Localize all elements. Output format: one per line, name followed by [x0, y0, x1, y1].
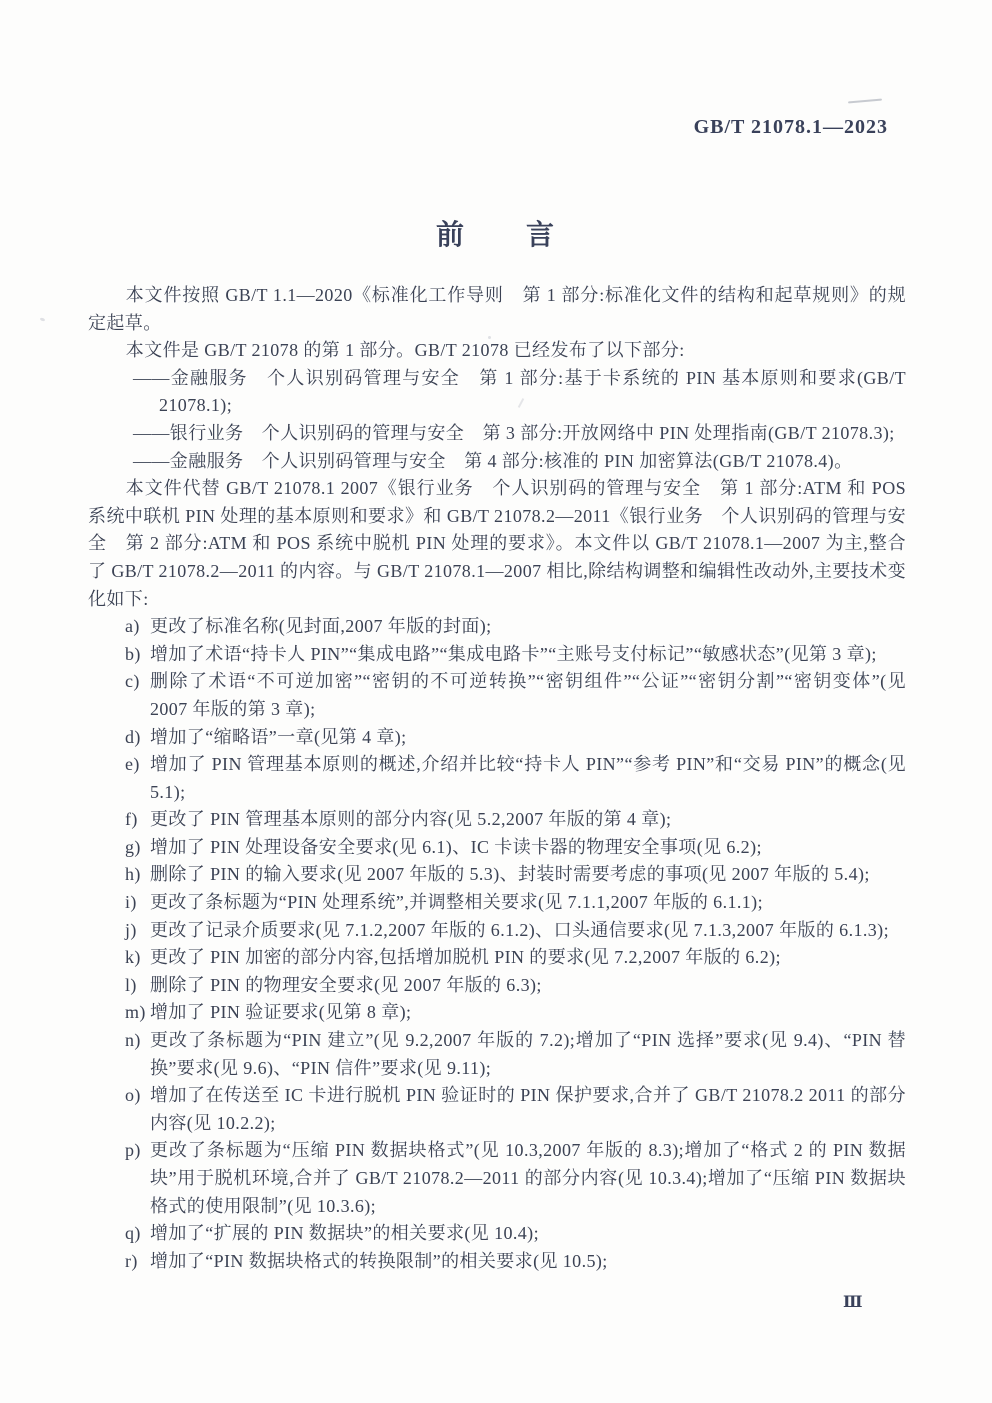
change-item: k) 更改了 PIN 加密的部分内容,包括增加脱机 PIN 的要求(见 7.2,…	[88, 944, 906, 972]
change-item: c) 删除了术语“不可逆加密”“密钥的不可逆转换”“密钥组件”“公证”“密钥分割…	[88, 668, 906, 723]
foreword-paragraph-replacement: 本文件代替 GB/T 21078.1 2007《银行业务 个人识别码的管理与安全…	[88, 475, 906, 613]
change-item-label: n)	[125, 1027, 141, 1055]
change-item-text: 更改了条标题为“压缩 PIN 数据块格式”(见 10.3,2007 年版的 8.…	[150, 1140, 906, 1215]
change-item: p) 更改了条标题为“压缩 PIN 数据块格式”(见 10.3,2007 年版的…	[88, 1137, 906, 1220]
change-item-text: 增加了“缩略语”一章(见第 4 章);	[150, 727, 407, 747]
change-item-label: a)	[125, 613, 140, 641]
change-item-text: 更改了记录介质要求(见 7.1.2,2007 年版的 6.1.2)、口头通信要求…	[150, 920, 889, 940]
change-item-text: 增加了 PIN 管理基本原则的概述,介绍并比较“持卡人 PIN”“参考 PIN”…	[150, 754, 906, 802]
technical-changes-list: a) 更改了标准名称(见封面,2007 年版的封面); b) 增加了术语“持卡人…	[88, 613, 906, 1275]
change-item-label: d)	[125, 724, 141, 752]
change-item-text: 更改了条标题为“PIN 建立”(见 9.2,2007 年版的 7.2);增加了“…	[150, 1030, 906, 1078]
change-item: b) 增加了术语“持卡人 PIN”“集成电路”“集成电路卡”“主账号支付标记”“…	[88, 641, 906, 669]
change-item-label: k)	[125, 944, 141, 972]
change-item-text: 增加了术语“持卡人 PIN”“集成电路”“集成电路卡”“主账号支付标记”“敏感状…	[150, 644, 877, 664]
change-item-label: l)	[125, 972, 137, 1000]
change-item-label: c)	[125, 668, 140, 696]
change-item-text: 删除了 PIN 的物理安全要求(见 2007 年版的 6.3);	[150, 975, 542, 995]
change-item-text: 更改了条标题为“PIN 处理系统”,并调整相关要求(见 7.1.1,2007 年…	[150, 892, 763, 912]
change-item: a) 更改了标准名称(见封面,2007 年版的封面);	[88, 613, 906, 641]
change-item: o) 增加了在传送至 IC 卡进行脱机 PIN 验证时的 PIN 保护要求,合并…	[88, 1082, 906, 1137]
change-item: q) 增加了“扩展的 PIN 数据块”的相关要求(见 10.4);	[88, 1220, 906, 1248]
published-part-item: ——金融服务 个人识别码管理与安全 第 1 部分:基于卡系统的 PIN 基本原则…	[88, 365, 906, 420]
change-item-text: 删除了术语“不可逆加密”“密钥的不可逆转换”“密钥组件”“公证”“密钥分割”“密…	[150, 671, 906, 719]
change-item-label: e)	[125, 751, 140, 779]
change-item-label: q)	[125, 1220, 141, 1248]
page-number: Ⅲ	[843, 1292, 862, 1312]
change-item-label: j)	[125, 917, 137, 945]
published-part-item: ——金融服务 个人识别码管理与安全 第 4 部分:核准的 PIN 加密算法(GB…	[88, 448, 906, 476]
change-item: j) 更改了记录介质要求(见 7.1.2,2007 年版的 6.1.2)、口头通…	[88, 917, 906, 945]
change-item: l) 删除了 PIN 的物理安全要求(见 2007 年版的 6.3);	[88, 972, 906, 1000]
page-title: 前 言	[0, 213, 992, 253]
foreword-content: 本文件按照 GB/T 1.1—2020《标准化工作导则 第 1 部分:标准化文件…	[88, 282, 906, 1275]
foreword-paragraph-drafting-rules: 本文件按照 GB/T 1.1—2020《标准化工作导则 第 1 部分:标准化文件…	[88, 282, 906, 337]
change-item-label: f)	[125, 806, 138, 834]
change-item: g) 增加了 PIN 处理设备安全要求(见 6.1)、IC 卡读卡器的物理安全事…	[88, 834, 906, 862]
change-item-label: i)	[125, 889, 137, 917]
change-item-label: m)	[125, 999, 146, 1027]
change-item-label: o)	[125, 1082, 141, 1110]
foreword-paragraph-part-intro: 本文件是 GB/T 21078 的第 1 部分。GB/T 21078 已经发布了…	[88, 337, 906, 365]
change-item-text: 更改了 PIN 管理基本原则的部分内容(见 5.2,2007 年版的第 4 章)…	[150, 809, 671, 829]
change-item: n) 更改了条标题为“PIN 建立”(见 9.2,2007 年版的 7.2);增…	[88, 1027, 906, 1082]
change-item-text: 删除了 PIN 的输入要求(见 2007 年版的 5.3)、封装时需要考虑的事项…	[150, 864, 870, 884]
change-item-label: b)	[125, 641, 141, 669]
standard-number: GB/T 21078.1—2023	[0, 116, 888, 139]
change-item-text: 增加了“PIN 数据块格式的转换限制”的相关要求(见 10.5);	[150, 1251, 608, 1271]
change-item-text: 增加了 PIN 验证要求(见第 8 章);	[150, 1002, 411, 1022]
change-item-text: 更改了标准名称(见封面,2007 年版的封面);	[150, 616, 492, 636]
published-part-item: ——银行业务 个人识别码的管理与安全 第 3 部分:开放网络中 PIN 处理指南…	[88, 420, 906, 448]
change-item: i) 更改了条标题为“PIN 处理系统”,并调整相关要求(见 7.1.1,200…	[88, 889, 906, 917]
scan-artifact	[848, 99, 882, 104]
change-item: r) 增加了“PIN 数据块格式的转换限制”的相关要求(见 10.5);	[88, 1248, 906, 1276]
change-item-label: r)	[125, 1248, 138, 1276]
change-item-text: 更改了 PIN 加密的部分内容,包括增加脱机 PIN 的要求(见 7.2,200…	[150, 947, 781, 967]
change-item: f) 更改了 PIN 管理基本原则的部分内容(见 5.2,2007 年版的第 4…	[88, 806, 906, 834]
change-item: h) 删除了 PIN 的输入要求(见 2007 年版的 5.3)、封装时需要考虑…	[88, 861, 906, 889]
change-item-label: g)	[125, 834, 141, 862]
change-item-text: 增加了“扩展的 PIN 数据块”的相关要求(见 10.4);	[150, 1223, 539, 1243]
change-item: d) 增加了“缩略语”一章(见第 4 章);	[88, 724, 906, 752]
change-item: e) 增加了 PIN 管理基本原则的概述,介绍并比较“持卡人 PIN”“参考 P…	[88, 751, 906, 806]
change-item-text: 增加了 PIN 处理设备安全要求(见 6.1)、IC 卡读卡器的物理安全事项(见…	[150, 837, 762, 857]
scan-artifact	[40, 317, 46, 322]
change-item: m) 增加了 PIN 验证要求(见第 8 章);	[88, 999, 906, 1027]
document-page: GB/T 21078.1—2023 前 言 本文件按照 GB/T 1.1—202…	[0, 0, 992, 1403]
change-item-label: h)	[125, 861, 141, 889]
change-item-text: 增加了在传送至 IC 卡进行脱机 PIN 验证时的 PIN 保护要求,合并了 G…	[150, 1085, 906, 1133]
change-item-label: p)	[125, 1137, 141, 1165]
